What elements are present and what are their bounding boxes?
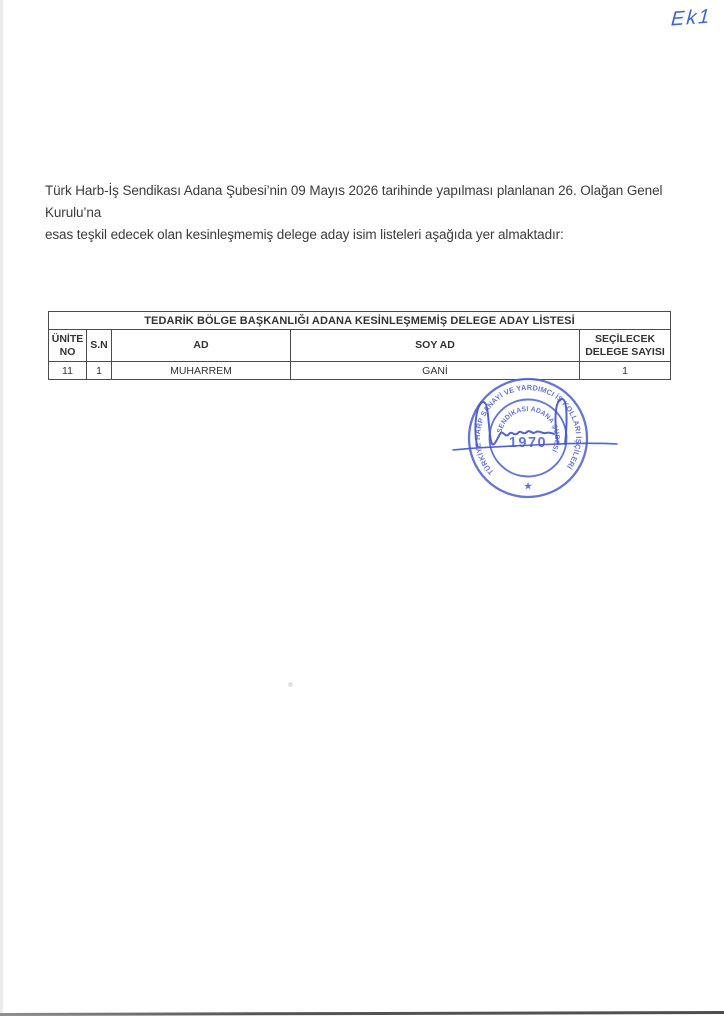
union-stamp-and-signature: TÜRKİYE HARP SANAYİ VE YARDIMCI İŞ KOLLA… xyxy=(420,370,660,510)
table-title: TEDARİK BÖLGE BAŞKANLIĞI ADANA KESİNLEŞM… xyxy=(49,312,671,330)
stamp-star-icon: ★ xyxy=(524,481,533,491)
scan-edge-left xyxy=(0,0,3,1013)
handwritten-attachment-note: Ek1 xyxy=(670,6,712,32)
cell-ad: MUHARREM xyxy=(112,362,291,380)
cell-unite-no: 11 xyxy=(49,362,87,380)
round-stamp: TÜRKİYE HARP SANAYİ VE YARDIMCI İŞ KOLLA… xyxy=(469,379,587,497)
scanned-document-page: Ek1 Türk Harb-İş Sendikası Adana Şubesi’… xyxy=(0,0,724,1024)
cell-sn: 1 xyxy=(87,362,112,380)
intro-line-2: esas teşkil edecek olan kesinleşmemiş de… xyxy=(45,224,705,246)
stamp-year: 1970 xyxy=(509,435,547,451)
intro-paragraph: Türk Harb-İş Sendikası Adana Şubesi’nin … xyxy=(45,180,705,246)
col-header-soyad: SOY AD xyxy=(291,330,580,362)
table-header-row: ÜNİTE NO S.N AD SOY AD SEÇİLECEK DELEGE … xyxy=(49,330,671,362)
scan-edge-bottom xyxy=(0,1011,724,1016)
col-header-sn: S.N xyxy=(87,330,112,362)
scan-speck xyxy=(288,682,293,687)
col-header-ad: AD xyxy=(112,330,291,362)
col-header-unite-no: ÜNİTE NO xyxy=(49,330,87,362)
intro-line-1: Türk Harb-İş Sendikası Adana Şubesi’nin … xyxy=(45,180,705,224)
stamp-svg: TÜRKİYE HARP SANAYİ VE YARDIMCI İŞ KOLLA… xyxy=(420,370,660,510)
table-title-row: TEDARİK BÖLGE BAŞKANLIĞI ADANA KESİNLEŞM… xyxy=(49,312,671,330)
col-header-secilecek-delege-sayisi: SEÇİLECEK DELEGE SAYISI xyxy=(580,330,671,362)
